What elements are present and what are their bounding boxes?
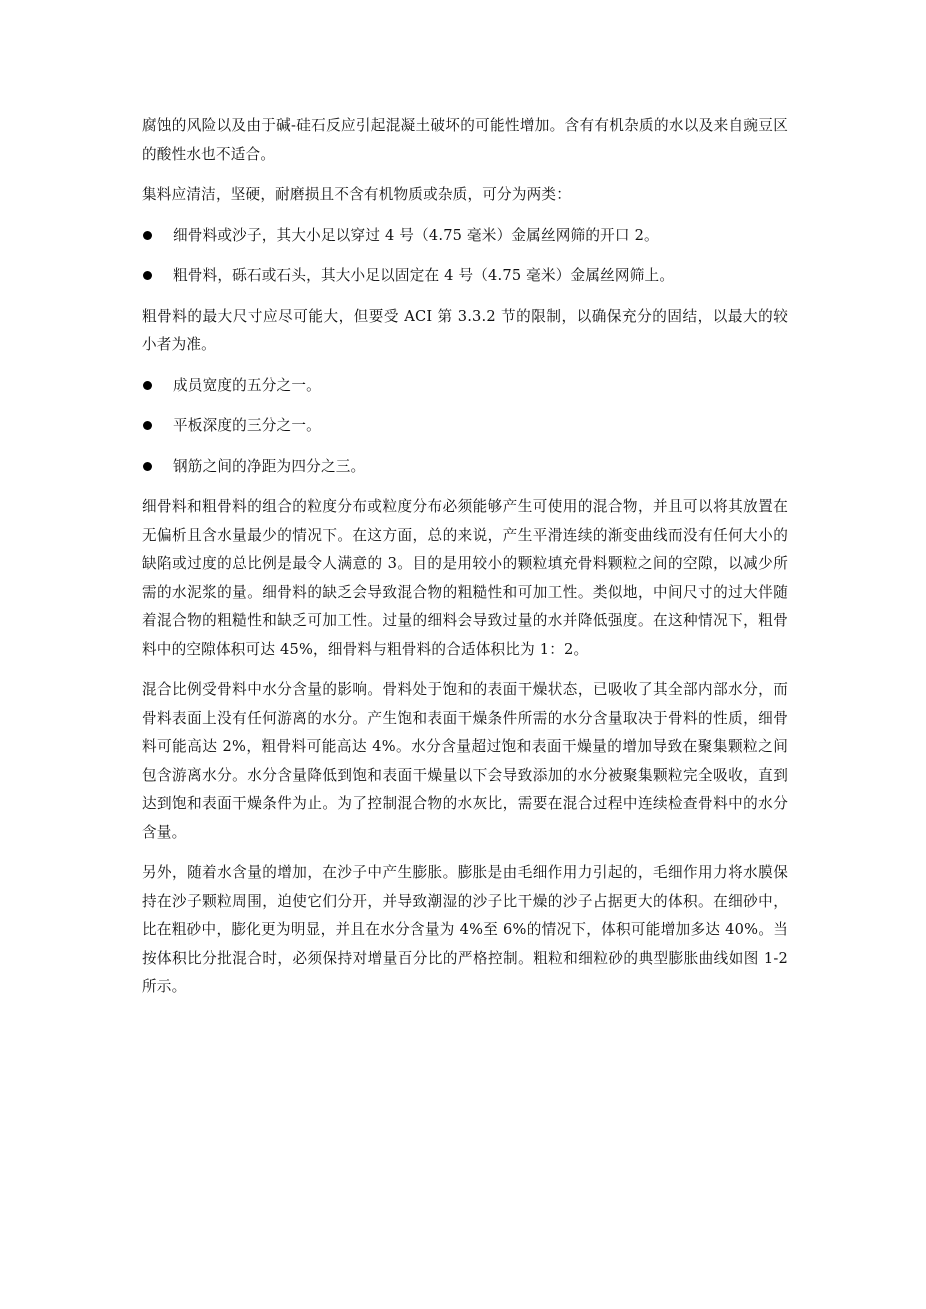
paragraph-aggregate-intro: 集料应清洁，坚硬，耐磨损且不含有机物质或杂质，可分为两类：: [142, 181, 788, 210]
paragraph-grading: 细骨料和粗骨料的组合的粒度分布或粒度分布必须能够产生可使用的混合物，并且可以将其…: [142, 493, 788, 664]
list-item-text: 平板深度的三分之一。: [173, 417, 321, 434]
paragraph-max-size: 粗骨料的最大尺寸应尽可能大，但要受 ACI 第 3.3.2 节的限制，以确保充分…: [142, 303, 788, 360]
bullet-icon: [143, 421, 152, 430]
list-item-text: 粗骨料，砾石或石头，其大小足以固定在 4 号（4.75 毫米）金属丝网筛上。: [173, 267, 674, 284]
bullet-icon: [143, 231, 152, 240]
bullet-icon: [143, 381, 152, 390]
list-item-text: 细骨料或沙子，其大小足以穿过 4 号（4.75 毫米）金属丝网筛的开口 2。: [173, 227, 659, 244]
paragraph-moisture: 混合比例受骨料中水分含量的影响。骨料处于饱和的表面干燥状态，已吸收了其全部内部水…: [142, 676, 788, 847]
list-item-text: 成员宽度的五分之一。: [173, 377, 321, 394]
list-item-rebar-spacing: 钢筋之间的净距为四分之三。: [142, 453, 788, 482]
list-item-member-width: 成员宽度的五分之一。: [142, 372, 788, 401]
list-item-slab-depth: 平板深度的三分之一。: [142, 412, 788, 441]
paragraph-bulking: 另外，随着水含量的增加，在沙子中产生膨胀。膨胀是由毛细作用力引起的，毛细作用力将…: [142, 859, 788, 1002]
document-page: 腐蚀的风险以及由于碱-硅石反应引起混凝土破坏的可能性增加。含有有机杂质的水以及来…: [142, 112, 788, 1014]
bullet-icon: [143, 271, 152, 280]
list-item-fine-aggregate: 细骨料或沙子，其大小足以穿过 4 号（4.75 毫米）金属丝网筛的开口 2。: [142, 222, 788, 251]
list-item-text: 钢筋之间的净距为四分之三。: [173, 458, 365, 475]
paragraph-corrosion-water: 腐蚀的风险以及由于碱-硅石反应引起混凝土破坏的可能性增加。含有有机杂质的水以及来…: [142, 112, 788, 169]
list-item-coarse-aggregate: 粗骨料，砾石或石头，其大小足以固定在 4 号（4.75 毫米）金属丝网筛上。: [142, 262, 788, 291]
bullet-icon: [143, 462, 152, 471]
